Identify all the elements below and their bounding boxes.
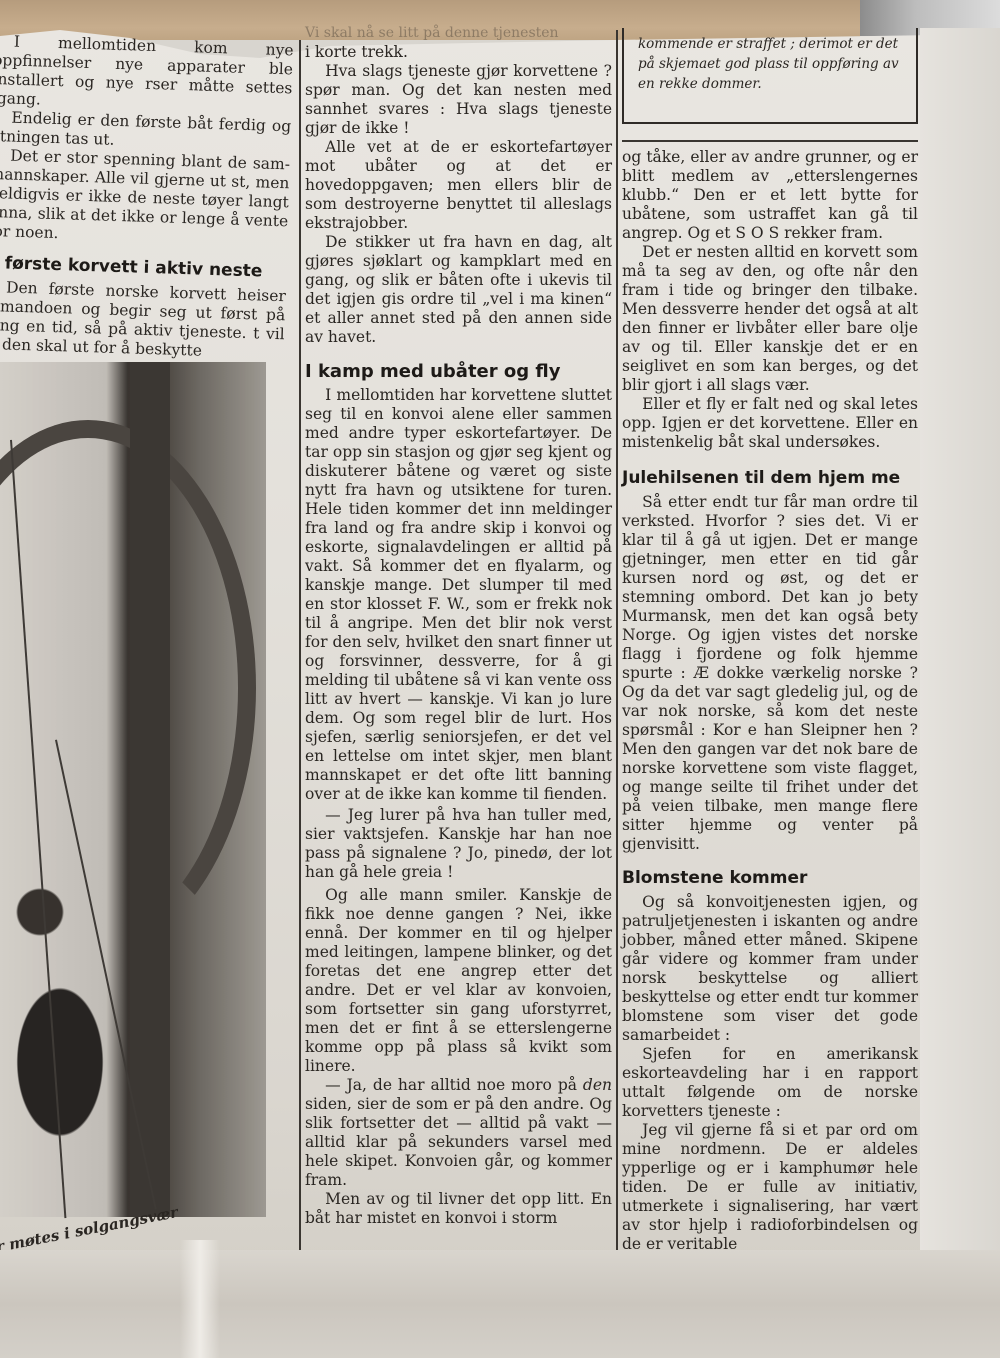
paragraph: Alle vet at de er eskortefartøyer mot ub… [305, 138, 612, 233]
paragraph: Og så konvoitjenesten igjen, og patrulje… [622, 893, 918, 1045]
column-3: og tåke, eller av andre grunner, og er b… [622, 148, 918, 1273]
paper-crease [180, 1240, 220, 1358]
emphasis: den [583, 1076, 612, 1094]
section-heading: I kamp med ubåter og fly [305, 361, 612, 382]
text: — Ja, de har alltid noe moro på [325, 1076, 583, 1094]
paragraph: Så etter endt tur får man ordre til verk… [622, 493, 918, 854]
paragraph: Jeg vil gjerne få si et par ord om mine … [622, 1121, 918, 1254]
paragraph: Eller et fly er falt ned og skal letes o… [622, 395, 918, 452]
paragraph: og tåke, eller av andre grunner, og er b… [622, 148, 918, 243]
photo-detail-mast [130, 362, 170, 1217]
paragraph: — Ja, de har alltid noe moro på den side… [305, 1076, 612, 1190]
paragraph: Og alle mann smiler. Kanskje de fikk noe… [305, 886, 612, 1076]
section-heading: Blomstene kommer [622, 868, 918, 889]
section-heading: Julehilsenen til dem hjem me [622, 468, 918, 489]
column-2: Vi skal nå se litt på denne tjenesten i … [305, 36, 612, 1228]
paper-fold [0, 1250, 1000, 1358]
paragraph: I mellomtiden kom nye oppfinnelser nye a… [0, 32, 294, 117]
paragraph: Det er stor spenning blant de sam- manns… [0, 146, 290, 250]
box-text: kommende er straffet ; derimot er det på… [638, 36, 899, 92]
paragraph: i korte trekk. [305, 43, 612, 62]
column-rule [616, 30, 618, 1255]
paragraph: Hva slags tjeneste gjør korvettene ? spø… [305, 62, 612, 138]
paragraph: De stikker ut fra havn en dag, alt gjøre… [305, 233, 612, 347]
paragraph: Den første norske korvett heiser mmandoe… [0, 278, 286, 363]
column-1: I mellomtiden kom nye oppfinnelser nye a… [0, 32, 294, 363]
cut-off-line: Vi skal nå se litt på denne tjenesten [305, 24, 612, 43]
column-rule [299, 40, 301, 1255]
boxed-note: kommende er straffet ; derimot er det på… [622, 28, 918, 124]
section-rule [622, 140, 918, 142]
text: siden, sier de som er på den andre. Og s… [305, 1095, 612, 1189]
paragraph: Sjefen for en amerikansk eskorteavdeling… [622, 1045, 918, 1121]
paragraph: Det er nesten alltid en korvett som må t… [622, 243, 918, 395]
paragraph: — Jeg lurer på hva han tuller med, sier … [305, 806, 612, 882]
paragraph: I mellomtiden har korvettene sluttet seg… [305, 386, 612, 804]
page-margin [920, 28, 1000, 1358]
paragraph: Men av og til livner det opp litt. En bå… [305, 1190, 612, 1228]
